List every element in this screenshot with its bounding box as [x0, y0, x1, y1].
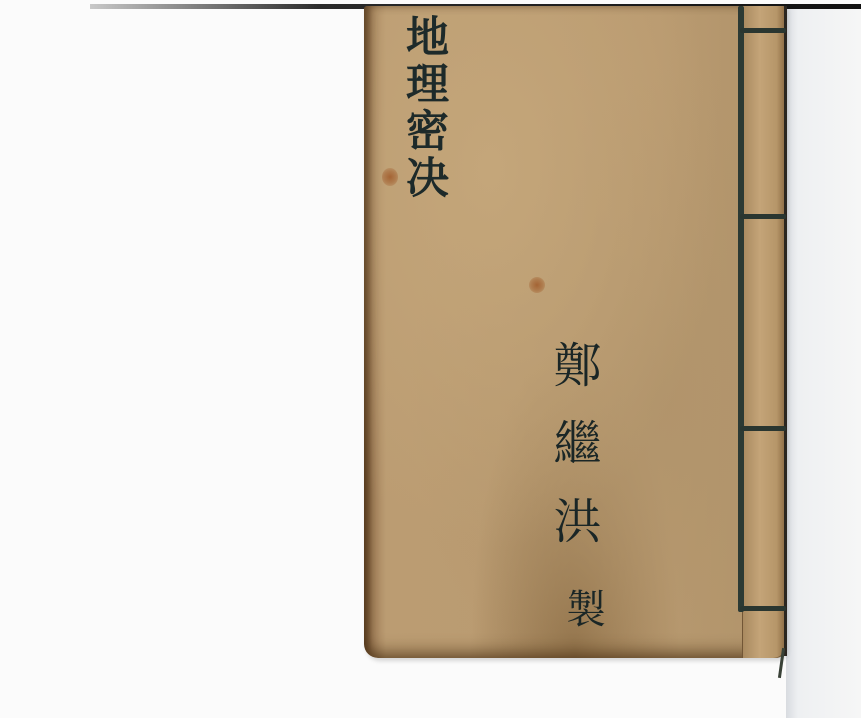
book-edge: [784, 6, 787, 656]
author-suffix: 製: [566, 578, 606, 635]
binding-stitch-3: [740, 426, 786, 431]
binding-thread-vertical: [738, 6, 744, 612]
book-spine-strip: [742, 6, 785, 658]
binding-stitch-4: [740, 606, 786, 611]
binding-stitch-1: [740, 28, 786, 33]
author-name: 鄭繼洪: [540, 340, 606, 574]
book-title: 地理密决: [392, 14, 456, 202]
stain-spot: [529, 277, 545, 293]
binding-stitch-2: [740, 214, 786, 219]
backing-sheet: [786, 9, 861, 718]
